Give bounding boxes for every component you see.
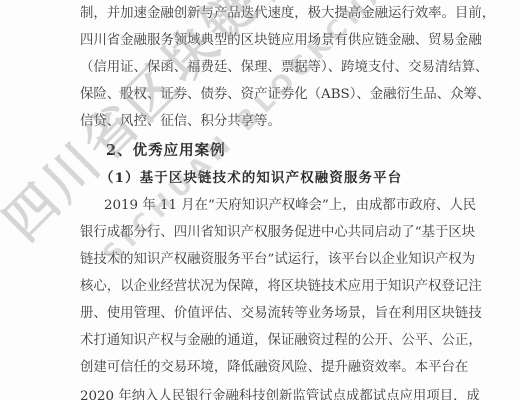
case-line-7: 创建可信任的交易环境，降低融资风险、提升融资效率。本平台在	[80, 358, 442, 378]
document-page: 制，并加速金融创新与产品迭代速度，极大提高金融运行效率。目前， 四川省金融服务领…	[0, 0, 520, 400]
case-line-4: 核心，以企业经营状况为保障，将区块链技术应用于知识产权登记注	[80, 277, 442, 297]
intro-line-2: 四川省金融服务领域典型的区块链应用场景有供应链金融、贸易金融	[80, 31, 442, 51]
case-line-3: 链技术的知识产权融资服务平台”试运行，该平台以企业知识产权为	[80, 250, 442, 270]
case-line-2: 银行成都分行、四川省知识产权服务促进中心共同启动了“基于区块	[80, 223, 442, 243]
case-line-1: 2019 年 11 月在“天府知识产权峰会”上，由成都市政府、人民	[104, 196, 442, 216]
case-heading: （1）基于区块链技术的知识产权融资服务平台	[100, 168, 402, 188]
case-line-5: 册、使用管理、价值评估、交易流转等业务场景，旨在利用区块链技	[80, 304, 442, 324]
intro-line-4: 保险、股权、证券、债券、资产证券化（ABS）、金融衍生品、众筹、	[80, 85, 442, 105]
intro-line-3: （信用证、保函、福费廷、保理、票据等）、跨境支付、交易清结算、	[80, 58, 442, 78]
case-line-8: 2020 年纳入人民银行金融科技创新监管试点成都试点应用项目，成	[80, 387, 442, 400]
intro-line-1: 制，并加速金融创新与产品迭代速度，极大提高金融运行效率。目前，	[80, 4, 442, 24]
intro-line-5: 信贷、风控、征信、积分共享等。	[80, 112, 442, 132]
section-heading: 2、优秀应用案例	[106, 141, 226, 161]
case-line-6: 术打通知识产权与金融的通道，保证融资过程的公开、公平、公正，	[80, 331, 442, 351]
